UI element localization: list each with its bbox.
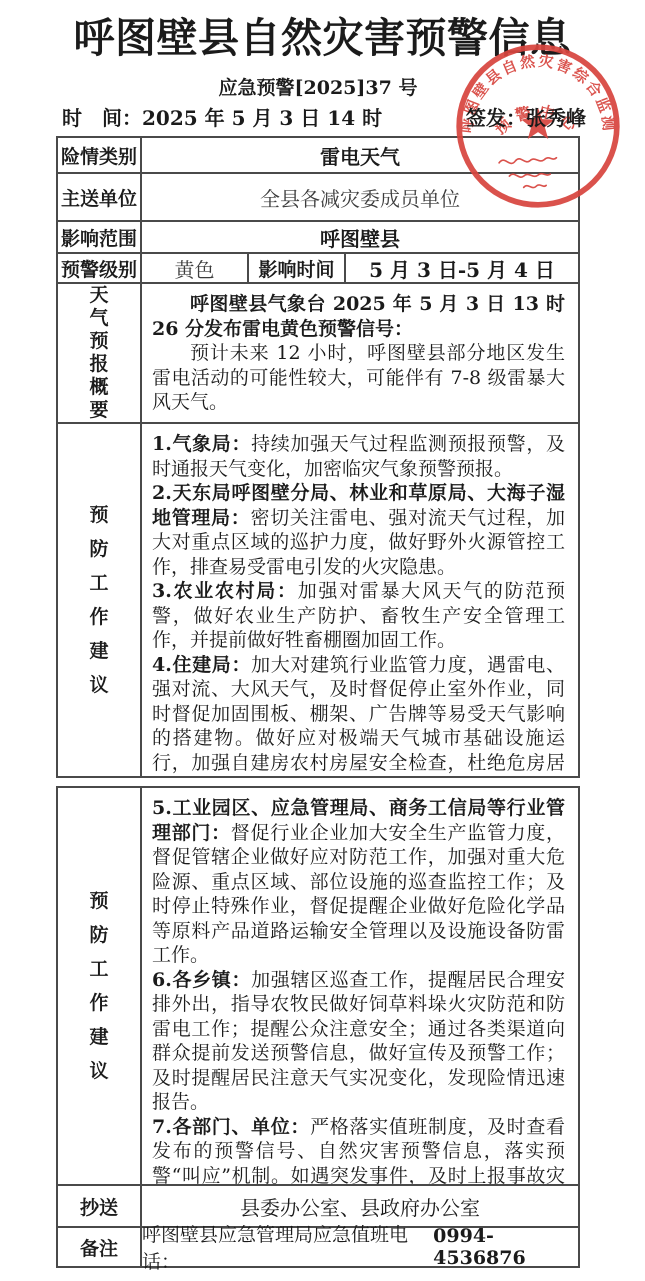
suggestion-item: 1.气象局：持续加强天气过程监测预报预警，及时通报天气变化，加密临灾气象预警预报… [152, 432, 565, 481]
suggestion-item: 6.各乡镇：加强辖区巡查工作，提醒居民合理安排外出，指导农牧民做好饲草料垛火灾防… [152, 968, 565, 1115]
item-lead: 1.气象局： [152, 433, 251, 455]
document-page: 呼图壁县自然灾害预警信息 应急预警[2025]37 号 时 间：2025 年 5… [0, 0, 645, 1281]
duty-phone-number: 0994-4536876 [433, 1225, 578, 1269]
warning-info-table: 险情类别 雷电天气 主送单位 全县各减灾委成员单位 影响范围 呼图壁县 预警级别… [56, 136, 580, 778]
item-lead: 3.农业农村局： [152, 580, 298, 602]
table-row: 预防工作建议 1.气象局：持续加强天气过程监测预报预警，及时通报天气变化，加密临… [58, 422, 578, 776]
scope-value: 呼图壁县 [142, 222, 578, 252]
recipient-label: 主送单位 [58, 174, 142, 220]
table-row: 备注 呼图壁县应急管理局应急值班电话：0994-4536876 [58, 1226, 578, 1266]
item-lead: 7.各部门、单位： [152, 1116, 310, 1138]
table-row: 影响范围 呼图壁县 [58, 220, 578, 252]
table-row: 天气预报概要 呼图壁县气象台 2025 年 5 月 3 日 13 时 26 分发… [58, 282, 578, 422]
note-label: 备注 [58, 1228, 142, 1266]
forecast-label-cell: 天气预报概要 [58, 284, 142, 422]
forecast-body: 预计未来 12 小时，呼图壁县部分地区发生雷电活动的可能性较大，可能伴有 7-8… [152, 341, 565, 415]
warning-level-label: 预警级别 [58, 254, 142, 282]
cc-label: 抄送 [58, 1186, 142, 1226]
impact-time-value: 5 月 3 日-5 月 4 日 [346, 254, 578, 282]
note-text: 呼图壁县应急管理局应急值班电话： [142, 1220, 429, 1274]
forecast-label: 天气预报概要 [88, 284, 110, 422]
item-lead: 6.各乡镇： [152, 969, 251, 991]
suggestions-label-cell: 预防工作建议 [58, 424, 142, 776]
suggestions-label-cell: 预防工作建议 [58, 788, 142, 1184]
suggestion-item: 7.各部门、单位：严格落实值班制度，及时查看发布的预警信号、自然灾害预警信息，落… [152, 1115, 565, 1185]
warning-info-table-continued: 预防工作建议 5.工业园区、应急管理局、商务工信局等行业管理部门：督促行业企业加… [56, 786, 580, 1268]
warning-level-value: 黄色 [142, 254, 249, 282]
suggestions-label: 预防工作建议 [88, 884, 110, 1088]
impact-time-label: 影响时间 [249, 254, 346, 282]
hazard-type-label: 险情类别 [58, 138, 142, 172]
suggestion-item: 4.住建局：加大对建筑行业监管力度，遇雷电、强对流、大风天气，及时督促停止室外作… [152, 653, 565, 777]
suggestions-label: 预防工作建议 [88, 498, 110, 702]
table-row: 预防工作建议 5.工业园区、应急管理局、商务工信局等行业管理部门：督促行业企业加… [58, 788, 578, 1184]
item-lead: 4.住建局： [152, 654, 251, 676]
sign-label: 签发： [466, 106, 526, 130]
suggestion-item: 5.工业园区、应急管理局、商务工信局等行业管理部门：督促行业企业加大安全生产监管… [152, 796, 565, 968]
signer-line: 签发：张秀峰 [466, 102, 586, 131]
time-value: 2025 年 5 月 3 日 14 时 [142, 106, 382, 130]
time-label: 时 间： [62, 106, 142, 130]
forecast-headline: 呼图壁县气象台 2025 年 5 月 3 日 13 时 26 分发布雷电黄色预警… [152, 292, 565, 341]
note-value: 呼图壁县应急管理局应急值班电话：0994-4536876 [142, 1228, 578, 1266]
suggestions-content-2: 5.工业园区、应急管理局、商务工信局等行业管理部门：督促行业企业加大安全生产监管… [142, 788, 578, 1184]
seal-script-marks [499, 158, 556, 188]
issue-time-line: 时 间：2025 年 5 月 3 日 14 时 [62, 102, 382, 131]
suggestion-item: 3.农业农村局：加强对雷暴大风天气的防范预警，做好农业生产防护、畜牧生产安全管理… [152, 579, 565, 653]
signer-name: 张秀峰 [526, 106, 586, 130]
forecast-content: 呼图壁县气象台 2025 年 5 月 3 日 13 时 26 分发布雷电黄色预警… [142, 284, 578, 422]
suggestion-item: 2.天东局呼图壁分局、林业和草原局、大海子湿地管理局：密切关注雷电、强对流天气过… [152, 481, 565, 579]
suggestions-content-1: 1.气象局：持续加强天气过程监测预报预警，及时通报天气变化，加密临灾气象预警预报… [142, 424, 578, 776]
table-row: 预警级别 黄色 影响时间 5 月 3 日-5 月 4 日 [58, 252, 578, 282]
scope-label: 影响范围 [58, 222, 142, 252]
